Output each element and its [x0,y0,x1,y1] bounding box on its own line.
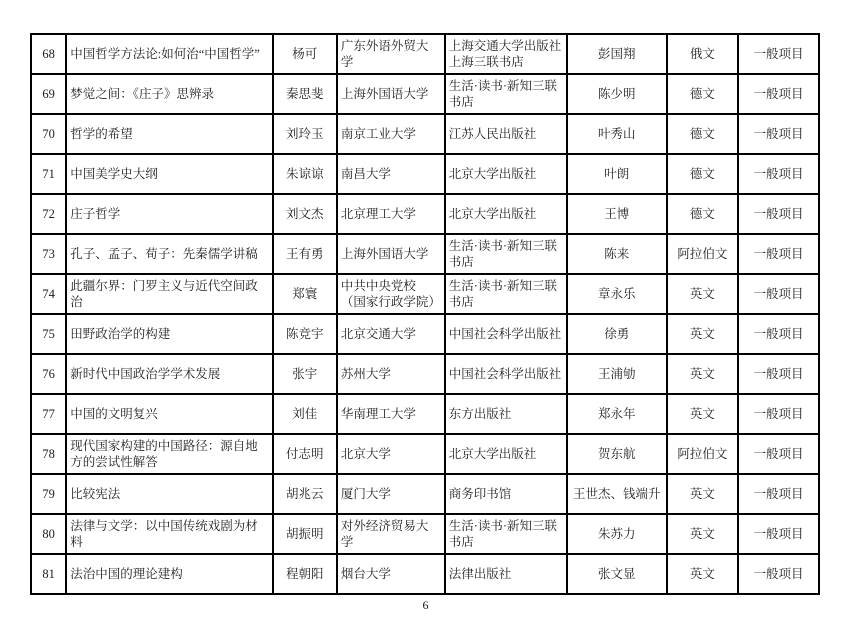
cell-language: 阿拉伯文 [667,234,739,274]
cell-institution: 南京工业大学 [337,114,445,154]
cell-institution: 中共中央党校（国家行政学院） [337,274,445,314]
cell-institution: 广东外语外贸大学 [337,34,445,74]
cell-applicant: 郑寰 [273,274,337,314]
cell-publisher: 北京大学出版社 [445,154,567,194]
cell-no: 80 [31,514,66,554]
cell-no: 73 [31,234,66,274]
cell-title: 法治中国的理论建构 [66,554,272,594]
table-row: 79比较宪法胡兆云厦门大学商务印书馆王世杰、钱端升英文一般项目 [31,474,819,514]
cell-category: 一般项目 [738,154,819,194]
cell-category: 一般项目 [738,434,819,474]
table-row: 74此疆尔界：门罗主义与近代空间政治郑寰中共中央党校（国家行政学院）生活·读书·… [31,274,819,314]
cell-publisher: 生活·读书·新知三联书店 [445,514,567,554]
cell-title: 哲学的希望 [66,114,272,154]
cell-author: 陈少明 [567,74,667,114]
document-page: 68中国哲学方法论:如何治“中国哲学”杨可广东外语外贸大学上海交通大学出版社 上… [0,0,851,617]
cell-publisher: 中国社会科学出版社 [445,314,567,354]
table-row: 69梦觉之间：《庄子》思辨录秦思斐上海外国语大学生活·读书·新知三联书店陈少明德… [31,74,819,114]
cell-institution: 苏州大学 [337,354,445,394]
cell-publisher: 法律出版社 [445,554,567,594]
cell-author: 陈来 [567,234,667,274]
table-row: 81法治中国的理论建构程朝阳烟台大学法律出版社张文显英文一般项目 [31,554,819,594]
cell-institution: 上海外国语大学 [337,74,445,114]
cell-category: 一般项目 [738,74,819,114]
cell-publisher: 北京大学出版社 [445,434,567,474]
cell-institution: 华南理工大学 [337,394,445,434]
cell-title: 孔子、孟子、荀子：先秦儒学讲稿 [66,234,272,274]
cell-language: 英文 [667,394,739,434]
cell-title: 现代国家构建的中国路径：源自地方的尝试性解答 [66,434,272,474]
cell-title: 此疆尔界：门罗主义与近代空间政治 [66,274,272,314]
cell-author: 徐勇 [567,314,667,354]
cell-language: 阿拉伯文 [667,434,739,474]
cell-no: 78 [31,434,66,474]
cell-title: 比较宪法 [66,474,272,514]
table-row: 80法律与文学：以中国传统戏剧为材料胡振明对外经济贸易大学生活·读书·新知三联书… [31,514,819,554]
cell-institution: 南昌大学 [337,154,445,194]
cell-applicant: 王有勇 [273,234,337,274]
cell-publisher: 上海交通大学出版社 上海三联书店 [445,34,567,74]
cell-institution: 北京交通大学 [337,314,445,354]
cell-applicant: 张宇 [273,354,337,394]
cell-publisher: 生活·读书·新知三联书店 [445,74,567,114]
cell-language: 英文 [667,474,739,514]
cell-language: 英文 [667,354,739,394]
cell-institution: 对外经济贸易大学 [337,514,445,554]
cell-no: 77 [31,394,66,434]
table-row: 75田野政治学的构建陈竞宇北京交通大学中国社会科学出版社徐勇英文一般项目 [31,314,819,354]
cell-author: 王博 [567,194,667,234]
cell-category: 一般项目 [738,34,819,74]
cell-title: 庄子哲学 [66,194,272,234]
cell-title: 中国美学史大纲 [66,154,272,194]
cell-publisher: 江苏人民出版社 [445,114,567,154]
cell-language: 俄文 [667,34,739,74]
cell-applicant: 胡振明 [273,514,337,554]
cell-author: 叶秀山 [567,114,667,154]
cell-category: 一般项目 [738,354,819,394]
table-row: 72庄子哲学刘文杰北京理工大学北京大学出版社王博德文一般项目 [31,194,819,234]
cell-category: 一般项目 [738,514,819,554]
cell-no: 71 [31,154,66,194]
cell-author: 章永乐 [567,274,667,314]
cell-title: 中国的文明复兴 [66,394,272,434]
cell-applicant: 刘佳 [273,394,337,434]
cell-language: 英文 [667,514,739,554]
cell-applicant: 陈竞宇 [273,314,337,354]
cell-author: 王世杰、钱端升 [567,474,667,514]
cell-language: 德文 [667,74,739,114]
table-row: 78现代国家构建的中国路径：源自地方的尝试性解答付志明北京大学北京大学出版社贺东… [31,434,819,474]
cell-category: 一般项目 [738,554,819,594]
table-row: 68中国哲学方法论:如何治“中国哲学”杨可广东外语外贸大学上海交通大学出版社 上… [31,34,819,74]
cell-applicant: 胡兆云 [273,474,337,514]
cell-category: 一般项目 [738,114,819,154]
cell-title: 中国哲学方法论:如何治“中国哲学” [66,34,272,74]
cell-publisher: 商务印书馆 [445,474,567,514]
cell-institution: 上海外国语大学 [337,234,445,274]
cell-institution: 北京理工大学 [337,194,445,234]
cell-category: 一般项目 [738,274,819,314]
cell-author: 贺东航 [567,434,667,474]
table-row: 73孔子、孟子、荀子：先秦儒学讲稿王有勇上海外国语大学生活·读书·新知三联书店陈… [31,234,819,274]
cell-applicant: 朱谅谅 [273,154,337,194]
cell-language: 英文 [667,314,739,354]
cell-no: 69 [31,74,66,114]
cell-no: 68 [31,34,66,74]
cell-title: 梦觉之间：《庄子》思辨录 [66,74,272,114]
table-row: 71中国美学史大纲朱谅谅南昌大学北京大学出版社叶朗德文一般项目 [31,154,819,194]
cell-publisher: 生活·读书·新知三联书店 [445,234,567,274]
cell-category: 一般项目 [738,474,819,514]
cell-author: 张文显 [567,554,667,594]
cell-language: 英文 [667,274,739,314]
cell-institution: 烟台大学 [337,554,445,594]
cell-publisher: 生活·读书·新知三联书店 [445,274,567,314]
cell-category: 一般项目 [738,314,819,354]
cell-no: 70 [31,114,66,154]
cell-author: 彭国翔 [567,34,667,74]
cell-author: 朱苏力 [567,514,667,554]
cell-category: 一般项目 [738,234,819,274]
cell-no: 72 [31,194,66,234]
cell-publisher: 北京大学出版社 [445,194,567,234]
cell-category: 一般项目 [738,194,819,234]
projects-table-body: 68中国哲学方法论:如何治“中国哲学”杨可广东外语外贸大学上海交通大学出版社 上… [31,34,819,594]
cell-applicant: 杨可 [273,34,337,74]
cell-title: 法律与文学：以中国传统戏剧为材料 [66,514,272,554]
cell-applicant: 刘玲玉 [273,114,337,154]
cell-applicant: 刘文杰 [273,194,337,234]
cell-title: 田野政治学的构建 [66,314,272,354]
cell-publisher: 中国社会科学出版社 [445,354,567,394]
table-row: 70哲学的希望刘玲玉南京工业大学江苏人民出版社叶秀山德文一般项目 [31,114,819,154]
cell-institution: 北京大学 [337,434,445,474]
cell-publisher: 东方出版社 [445,394,567,434]
cell-no: 74 [31,274,66,314]
cell-language: 德文 [667,194,739,234]
cell-author: 郑永年 [567,394,667,434]
cell-applicant: 付志明 [273,434,337,474]
projects-table: 68中国哲学方法论:如何治“中国哲学”杨可广东外语外贸大学上海交通大学出版社 上… [30,33,820,595]
cell-applicant: 秦思斐 [273,74,337,114]
page-number: 6 [0,598,851,613]
cell-no: 79 [31,474,66,514]
cell-no: 76 [31,354,66,394]
cell-institution: 厦门大学 [337,474,445,514]
cell-no: 75 [31,314,66,354]
cell-no: 81 [31,554,66,594]
cell-applicant: 程朝阳 [273,554,337,594]
cell-author: 王浦劬 [567,354,667,394]
cell-language: 德文 [667,154,739,194]
cell-author: 叶朗 [567,154,667,194]
table-row: 77中国的文明复兴刘佳华南理工大学东方出版社郑永年英文一般项目 [31,394,819,434]
cell-category: 一般项目 [738,394,819,434]
cell-title: 新时代中国政治学学术发展 [66,354,272,394]
cell-language: 德文 [667,114,739,154]
table-row: 76新时代中国政治学学术发展张宇苏州大学中国社会科学出版社王浦劬英文一般项目 [31,354,819,394]
cell-language: 英文 [667,554,739,594]
